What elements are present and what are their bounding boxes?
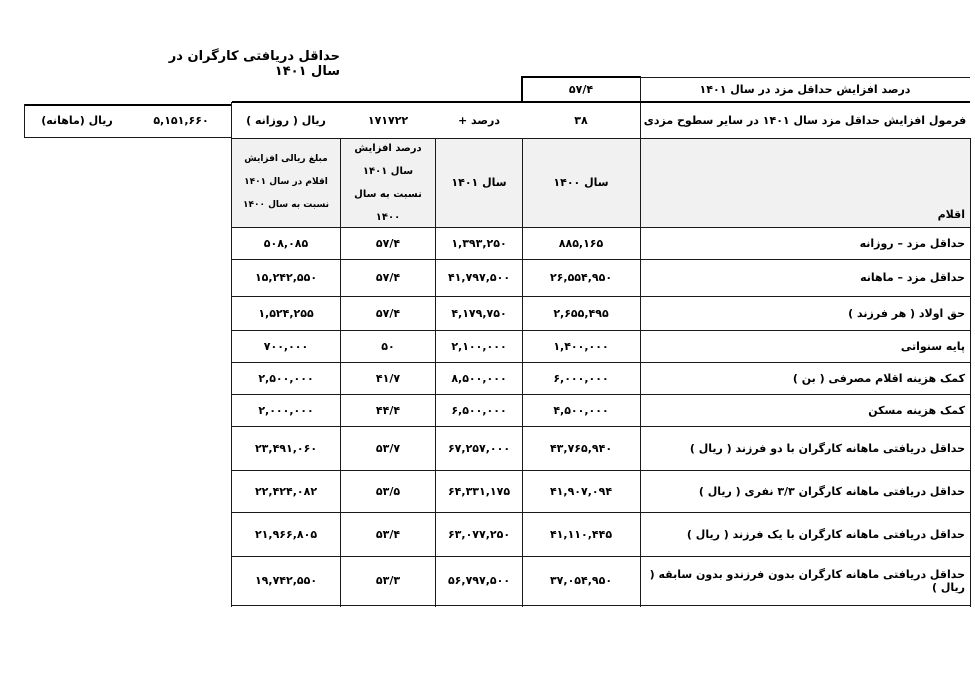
row-rial-increase: ۱۹,۷۴۲,۵۵۰ bbox=[232, 556, 340, 605]
formula-daily-unit: ریال ( روزانه ) bbox=[232, 102, 340, 138]
row-percent-increase: ۵۳/۳ bbox=[340, 556, 436, 605]
row-year-1401: ۶,۵۰۰,۰۰۰ bbox=[436, 394, 522, 426]
row-year-1400: ۴۳,۷۶۵,۹۴۰ bbox=[522, 426, 640, 470]
row-year-1400: ۴۱,۱۱۰,۴۴۵ bbox=[522, 512, 640, 556]
row-percent-increase: ۴۱/۷ bbox=[340, 362, 436, 394]
row-item-label: حداقل مزد – ماهانه bbox=[640, 259, 970, 296]
row-divider bbox=[232, 394, 970, 395]
row-year-1401: ۱,۳۹۳,۲۵۰ bbox=[436, 227, 522, 259]
header-items: اقلام bbox=[640, 138, 970, 227]
row-divider bbox=[232, 512, 970, 513]
row-year-1401: ۸,۵۰۰,۰۰۰ bbox=[436, 362, 522, 394]
header-rial-increase-label: مبلغ ریالی افزایش اقلام در سال ۱۴۰۱ نسبت… bbox=[235, 148, 337, 217]
formula-daily-value: ۱۷۱۷۲۲ bbox=[340, 102, 436, 138]
row-percent-increase: ۵۰ bbox=[340, 330, 436, 362]
row-year-1400: ۳۷,۰۵۴,۹۵۰ bbox=[522, 556, 640, 605]
row-year-1400: ۶,۰۰۰,۰۰۰ bbox=[522, 362, 640, 394]
row-item-label: حداقل مزد – روزانه bbox=[640, 227, 970, 259]
row-rial-increase: ۲,۰۰۰,۰۰۰ bbox=[232, 394, 340, 426]
row-rial-increase: ۷۰۰,۰۰۰ bbox=[232, 330, 340, 362]
row-item-label: حداقل دریافتی ماهانه کارگران ۳/۳ نفری ( … bbox=[640, 470, 970, 512]
row-rial-increase: ۱,۵۲۴,۲۵۵ bbox=[232, 296, 340, 330]
row-rial-increase: ۲۲,۴۲۴,۰۸۲ bbox=[232, 470, 340, 512]
header-year-1400: سال ۱۴۰۰ bbox=[522, 138, 640, 227]
row-year-1401: ۵۶,۷۹۷,۵۰۰ bbox=[436, 556, 522, 605]
row-rial-increase: ۵۰۸,۰۸۵ bbox=[232, 227, 340, 259]
row-divider bbox=[232, 259, 970, 260]
row-percent-increase: ۴۴/۴ bbox=[340, 394, 436, 426]
header-items-label: اقلام bbox=[938, 208, 965, 221]
row-year-1401: ۲,۱۰۰,۰۰۰ bbox=[436, 330, 522, 362]
row-year-1400: ۸۸۵,۱۶۵ bbox=[522, 227, 640, 259]
row-year-1400: ۲۶,۵۵۴,۹۵۰ bbox=[522, 259, 640, 296]
row-year-1401: ۶۴,۳۳۱,۱۷۵ bbox=[436, 470, 522, 512]
row-percent-increase: ۵۷/۴ bbox=[340, 296, 436, 330]
row-item-label: کمک هزینه مسکن bbox=[640, 394, 970, 426]
row-item-label: حداقل دریافتی ماهانه کارگران بدون فرزندو… bbox=[640, 556, 970, 605]
row-item-label: پایه سنواتی bbox=[640, 330, 970, 362]
row-rial-increase: ۱۵,۲۴۲,۵۵۰ bbox=[232, 259, 340, 296]
formula-monthly-unit: ریال (ماهانه) bbox=[24, 102, 130, 138]
row-year-1400: ۴,۵۰۰,۰۰۰ bbox=[522, 394, 640, 426]
row-percent-increase: ۵۳/۴ bbox=[340, 512, 436, 556]
row-item-label: حداقل دریافتی ماهانه کارگران با دو فرزند… bbox=[640, 426, 970, 470]
formula-percent: ۳۸ bbox=[522, 102, 640, 138]
row-percent-increase: ۵۷/۴ bbox=[340, 259, 436, 296]
formula-monthly-value: ۵,۱۵۱,۶۶۰ bbox=[130, 102, 232, 138]
row-divider bbox=[232, 227, 970, 228]
row-year-1401: ۶۷,۲۵۷,۰۰۰ bbox=[436, 426, 522, 470]
row-year-1401: ۴۱,۷۹۷,۵۰۰ bbox=[436, 259, 522, 296]
row-percent-increase: ۵۳/۵ bbox=[340, 470, 436, 512]
row-year-1400: ۱,۴۰۰,۰۰۰ bbox=[522, 330, 640, 362]
row-percent-increase: ۵۷/۴ bbox=[340, 227, 436, 259]
formula-percent-unit: درصد + bbox=[436, 102, 522, 138]
row-item-label: حداقل دریافتی ماهانه کارگران با یک فرزند… bbox=[640, 512, 970, 556]
row-divider bbox=[232, 470, 970, 471]
row-divider bbox=[232, 296, 970, 297]
row-year-1400: ۲,۶۵۵,۴۹۵ bbox=[522, 296, 640, 330]
header-year-1401: سال ۱۴۰۱ bbox=[436, 138, 522, 227]
increase-label: درصد افزایش حداقل مزد در سال ۱۴۰۱ bbox=[640, 76, 970, 102]
row-divider bbox=[232, 556, 970, 557]
row-year-1401: ۶۳,۰۷۷,۲۵۰ bbox=[436, 512, 522, 556]
table-bottom-border bbox=[232, 605, 970, 606]
row-item-label: حق اولاد ( هر فرزند ) bbox=[640, 296, 970, 330]
row-rial-increase: ۲۱,۹۶۶,۸۰۵ bbox=[232, 512, 340, 556]
row-item-label: کمک هزینه اقلام مصرفی ( بن ) bbox=[640, 362, 970, 394]
page-title: حداقل دریافتی کارگران در سال ۱۴۰۱ bbox=[140, 49, 340, 79]
row-year-1401: ۴,۱۷۹,۷۵۰ bbox=[436, 296, 522, 330]
formula-label: فرمول افزایش حداقل مزد سال ۱۴۰۱ در سایر … bbox=[640, 102, 970, 138]
row-divider bbox=[232, 330, 970, 331]
header-percent-increase-label: درصد افزایش سال ۱۴۰۱ نسبت به سال ۱۴۰۰ bbox=[352, 137, 424, 229]
increase-value: ۵۷/۴ bbox=[522, 76, 640, 102]
header-percent-increase: درصد افزایش سال ۱۴۰۱ نسبت به سال ۱۴۰۰ bbox=[340, 138, 436, 227]
row-divider bbox=[232, 362, 970, 363]
row-percent-increase: ۵۳/۷ bbox=[340, 426, 436, 470]
row-divider bbox=[232, 426, 970, 427]
row-rial-increase: ۲,۵۰۰,۰۰۰ bbox=[232, 362, 340, 394]
header-rial-increase: مبلغ ریالی افزایش اقلام در سال ۱۴۰۱ نسبت… bbox=[232, 138, 340, 227]
row-rial-increase: ۲۳,۴۹۱,۰۶۰ bbox=[232, 426, 340, 470]
row-year-1400: ۴۱,۹۰۷,۰۹۴ bbox=[522, 470, 640, 512]
